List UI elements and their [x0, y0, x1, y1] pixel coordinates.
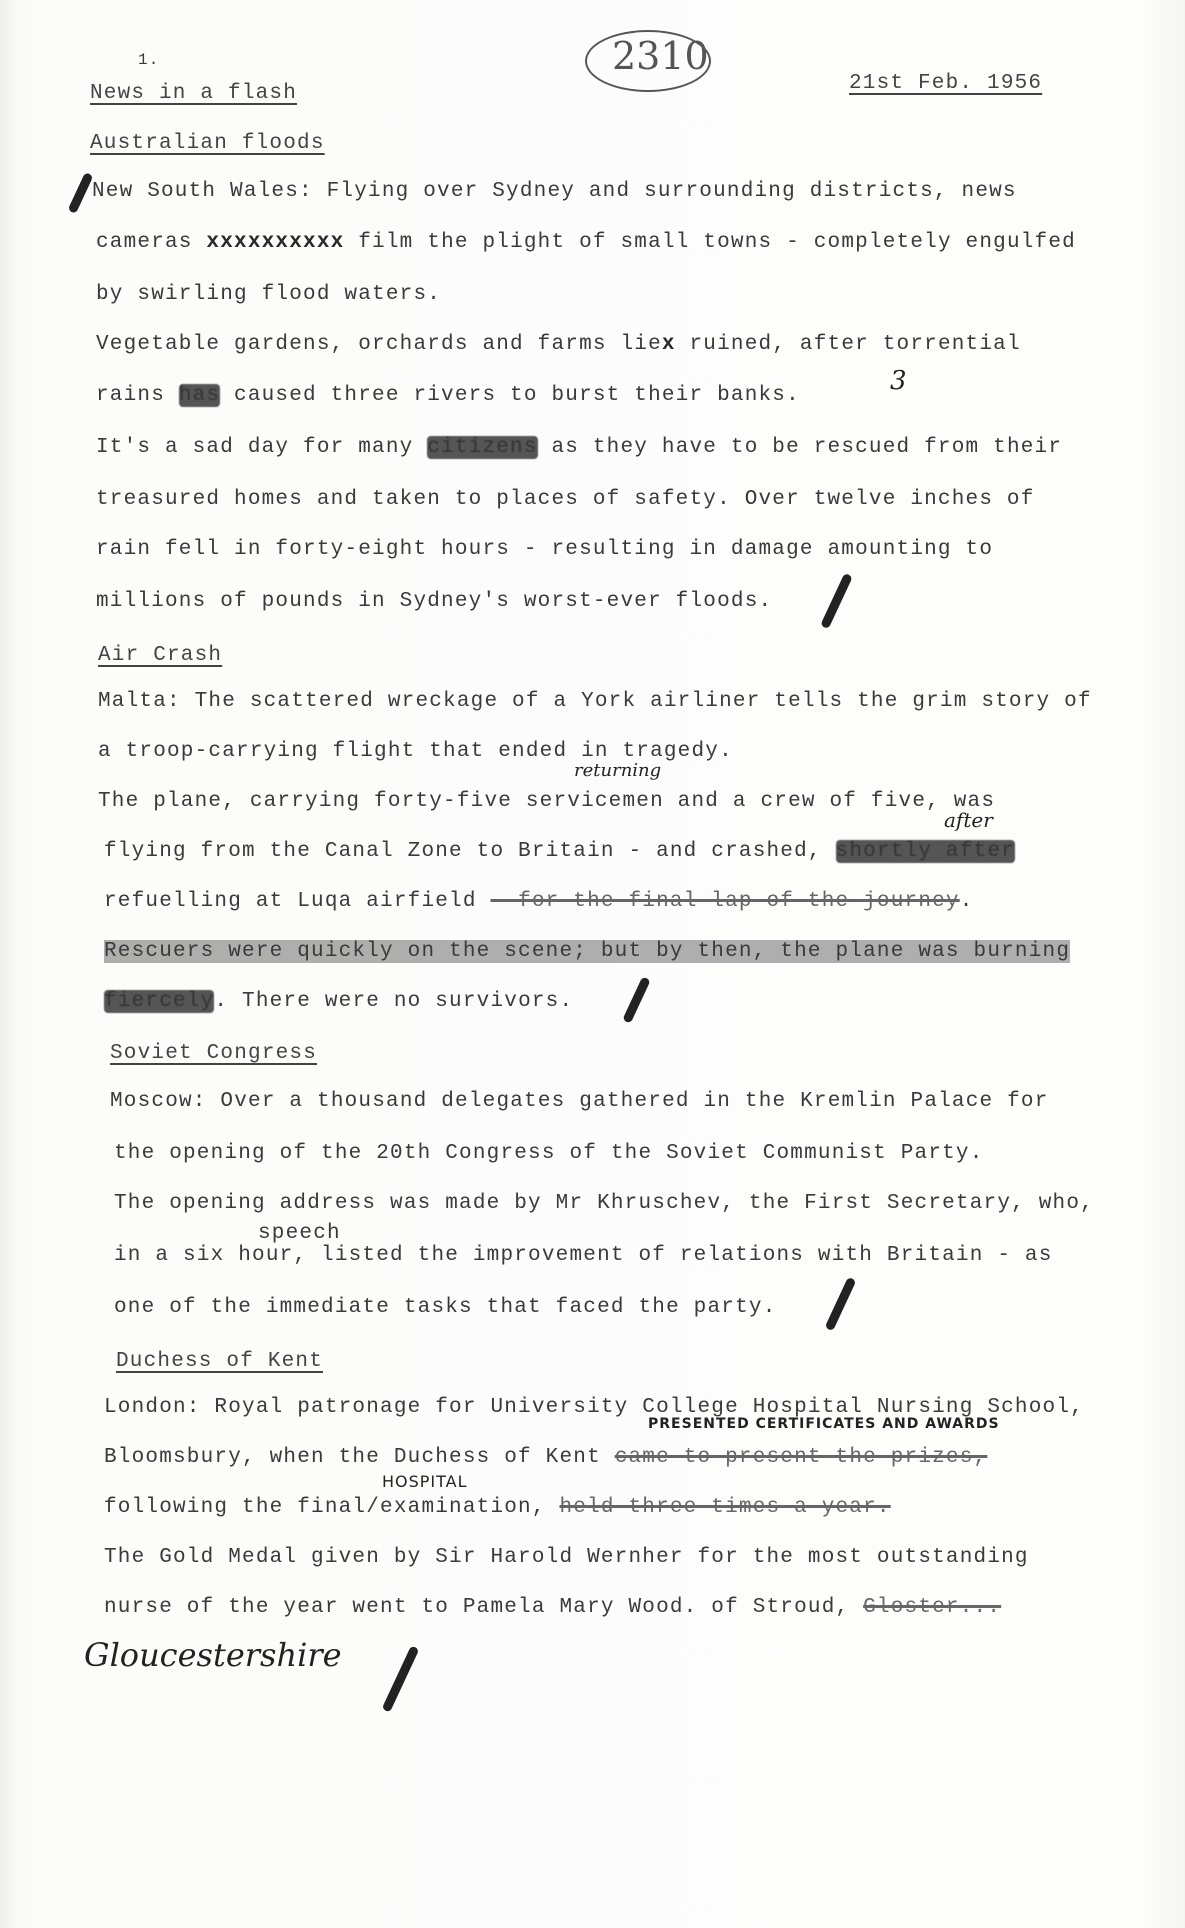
text-line: rain fell in forty-eight hours - resulti… [96, 538, 993, 562]
text-line: Malta: The scattered wreckage of a York … [98, 690, 1092, 714]
handwritten-insertion: after [944, 808, 993, 832]
text-line: rains has caused three rivers to burst t… [96, 384, 800, 408]
struck-text: Rescuers were quickly on the scene; but … [104, 940, 1070, 963]
margin-note-circled: 3 [890, 366, 907, 396]
handwritten-insertion: Gloucestershire [84, 1636, 342, 1674]
document-page: 1. 2310 News in a flash 21st Feb. 1956 A… [0, 0, 1185, 1928]
end-mark [622, 976, 650, 1023]
struck-text: Gloster... [863, 1596, 1001, 1619]
struck-text: shortly after [836, 840, 1015, 863]
text-line: fiercely. There were no survivors. [104, 990, 573, 1014]
struck-text: fiercely [104, 990, 214, 1013]
section-heading-air-crash: Air Crash [98, 644, 222, 668]
text-line: millions of pounds in Sydney's worst-eve… [96, 590, 772, 614]
text-line: treasured homes and taken to places of s… [96, 488, 1035, 512]
text-line: one of the immediate tasks that faced th… [114, 1296, 777, 1320]
end-mark [382, 1645, 420, 1712]
text-line: It's a sad day for many citizens as they… [96, 436, 1062, 460]
text-line: nurse of the year went to Pamela Mary Wo… [104, 1596, 1001, 1620]
text-line: The plane, carrying forty-five serviceme… [98, 790, 995, 814]
text-line: The Gold Medal given by Sir Harold Wernh… [104, 1546, 1029, 1570]
margin-tick-mark [68, 172, 94, 214]
handwritten-insertion: returning [574, 760, 661, 781]
text-line: following the final/examination, held th… [104, 1496, 891, 1520]
struck-text: held three times a year. [559, 1496, 890, 1519]
text-line: flying from the Canal Zone to Britain - … [104, 840, 1015, 864]
text-line: Vegetable gardens, orchards and farms li… [96, 333, 1021, 357]
end-mark [825, 1277, 857, 1332]
handwritten-insertion: HOSPITAL [382, 1472, 468, 1491]
document-date: 21st Feb. 1956 [849, 72, 1042, 96]
text-line: refuelling at Luqa airfield - for the fi… [104, 890, 974, 914]
text-line: Moscow: Over a thousand delegates gather… [110, 1090, 1049, 1114]
page-mark: 1. [138, 48, 160, 72]
text-line: by swirling flood waters. [96, 283, 441, 307]
struck-text: - for the final lap of the journey [490, 890, 959, 913]
text-line: in a six hour, listed the improvement of… [114, 1244, 1053, 1268]
section-heading-soviet-congress: Soviet Congress [110, 1042, 317, 1066]
text-line: Bloomsbury, when the Duchess of Kent cam… [104, 1446, 987, 1470]
struck-text: has [179, 384, 220, 407]
section-heading-duchess-of-kent: Duchess of Kent [116, 1350, 323, 1374]
section-heading-australian-floods: Australian floods [90, 132, 325, 156]
struck-text: came to present the prizes, [615, 1446, 988, 1469]
folio-number: 2310 [612, 34, 709, 78]
text-line: The opening address was made by Mr Khrus… [114, 1192, 1094, 1216]
text-line: New South Wales: Flying over Sydney and … [92, 180, 1017, 204]
page-title: News in a flash [90, 82, 297, 106]
struck-text: xxxxxxxxxx [206, 231, 344, 254]
struck-text: citizens [427, 436, 537, 459]
text-line: Rescuers were quickly on the scene; but … [104, 940, 1070, 964]
text-line: the opening of the 20th Congress of the … [114, 1142, 984, 1166]
handwritten-insertion: PRESENTED CERTIFICATES AND AWARDS [648, 1416, 1000, 1432]
text-line: cameras xxxxxxxxxx film the plight of sm… [96, 231, 1076, 255]
end-mark [820, 573, 853, 629]
typed-insertion: speech [258, 1222, 341, 1246]
